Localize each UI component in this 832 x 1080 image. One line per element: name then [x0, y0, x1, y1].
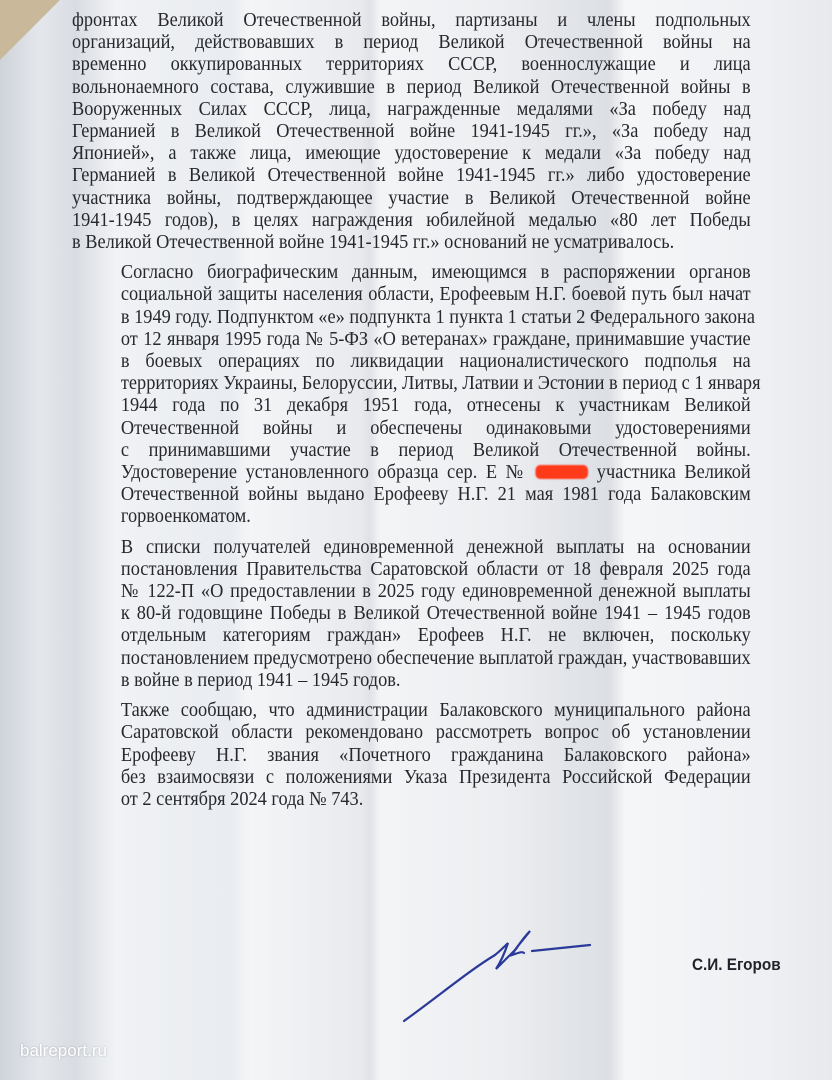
watermark: balreport.ru [20, 1041, 107, 1061]
text-line: отдельным категориям граждан» Ерофеев Н.… [72, 625, 751, 647]
paragraph-1: фронтах Великой Отечественной войны, пар… [72, 10, 751, 254]
text-line: в Великой Отечественной войне 1941-1945 … [72, 232, 751, 254]
text-line: Согласно биографическим данным, имеющимс… [72, 262, 751, 284]
text-line: горвоенкоматом. [72, 506, 751, 528]
text-line: 1944 года по 31 декабря 1951 года, отнес… [72, 395, 751, 417]
text-line: Отечественной войны и обеспечены одинако… [72, 418, 751, 440]
text-line: Также сообщаю, что администрации Балаков… [72, 700, 751, 722]
text-line: Германией в Великой Отечественной войне … [72, 121, 751, 143]
text-line: от 12 января 1995 года № 5-ФЗ «О ветеран… [72, 329, 751, 351]
text-line: фронтах Великой Отечественной войны, пар… [72, 10, 751, 32]
paragraph-4: Также сообщаю, что администрации Балаков… [72, 700, 751, 811]
letter-body: фронтах Великой Отечественной войны, пар… [72, 10, 751, 811]
text-line: постановлением предусмотрено обеспечение… [72, 648, 751, 670]
text-line: к 80-й годовщине Победы в Великой Отечес… [72, 603, 751, 625]
text-line: в войне в период 1941 – 1945 годов. [72, 670, 751, 692]
text-line: организаций, действовавших в период Вели… [72, 32, 751, 54]
text-line: 1941-1945 годов), в целях награждения юб… [72, 210, 751, 232]
redacted-number [536, 465, 589, 479]
text-line: В списки получателей единовременной дене… [72, 537, 751, 559]
text-line: территориях Украины, Белоруссии, Литвы, … [72, 373, 751, 395]
text-line: Саратовской области рекомендовано рассмо… [72, 722, 751, 744]
paragraph-3: В списки получателей единовременной дене… [72, 537, 751, 692]
text-line: временно оккупированных территориях СССР… [72, 54, 751, 76]
text-line: без взаимосвязи с положениями Указа През… [72, 767, 751, 789]
text-line: вольнонаемного состава, служившие в пери… [72, 77, 751, 99]
text-line: постановления Правительства Саратовской … [72, 559, 751, 581]
text-line: Вооруженных Силах СССР, лица, награжденн… [72, 99, 751, 121]
text-line: № 122-П «О предоставлении в 2025 году ед… [72, 581, 751, 603]
signer-name: С.И. Егоров [692, 955, 781, 975]
text-line: в боевых операциях по ликвидации национа… [72, 351, 751, 373]
text-line: социальной защиты населения области, Еро… [72, 284, 751, 306]
text-line: Отечественной войны выдано Ерофееву Н.Г.… [72, 484, 751, 506]
text-line: с принимавшими участие в период Великой … [72, 440, 751, 462]
paragraph-2: Согласно биографическим данным, имеющимс… [72, 262, 751, 528]
handwritten-signature [400, 925, 620, 1025]
text-line: участника войны, подтверждающее участие … [72, 188, 751, 210]
text-line: от 2 сентября 2024 года № 743. [72, 789, 751, 811]
text-line: Японией», а также лица, имеющие удостове… [72, 143, 751, 165]
text-line: в 1949 году. Подпунктом «е» подпункта 1 … [72, 307, 751, 329]
text-line: Германией в Великой Отечественной войне … [72, 165, 751, 187]
text-line: Ерофееву Н.Г. звания «Почетного граждани… [72, 745, 751, 767]
certificate-line: Удостоверение установленного образца сер… [72, 462, 751, 484]
